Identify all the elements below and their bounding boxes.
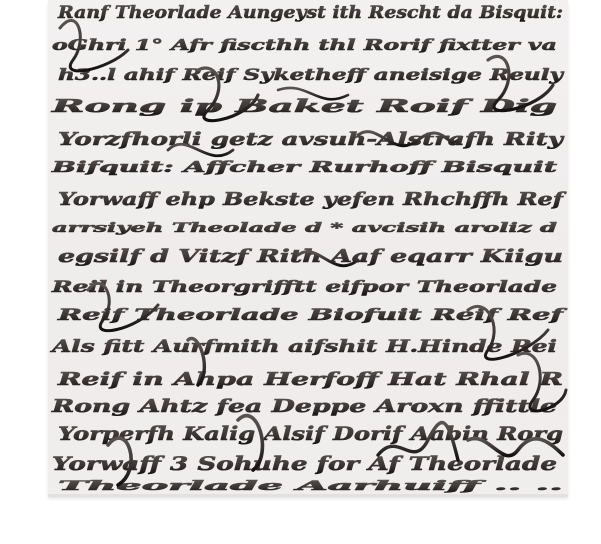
script-line: Als fitt Aurfmith aifshit H.Hinde Rei	[49, 337, 557, 357]
panel-bottom-edge	[48, 494, 568, 497]
script-line: h3..l ahif Reif Syketheff aneisige Reuly	[58, 65, 565, 84]
script-line: Reif in Ahpa Herfoff Hat Rhal R	[56, 369, 563, 390]
script-line: Rong ip Baket Roif Dig	[50, 96, 557, 117]
script-line: Rong Ahtz fea Deppe Aroxn ffittle	[51, 396, 557, 417]
embossing-folder-sheet: Ranf Theorlade Aungeyst ith Rescht da Bi…	[48, 0, 568, 497]
script-line: Yorwaff ehp Bekste yefen Rhchffh Ref	[58, 189, 567, 210]
script-line: Ranf Theorlade Aungeyst ith Rescht da Bi…	[57, 3, 563, 23]
cursive-script-pattern: Ranf Theorlade Aungeyst ith Rescht da Bi…	[48, 0, 568, 497]
script-line: Yorzfhorli getz avsuh-Alstrafh Rity	[58, 129, 565, 150]
script-line: egsilf d Vitzf Rith Aaf eqarr Kiigu	[58, 246, 563, 267]
script-line: Bifquit: Affcher Rurhoff Bisquit	[50, 158, 557, 176]
script-line: Reil in Theorgrifftt eifpor Theorlade	[50, 277, 557, 296]
script-line: Theorlade Aarhuiff .. ..	[58, 479, 563, 494]
script-line: arrsiyeh Theolade d * avcisih aroliz d	[52, 221, 557, 236]
